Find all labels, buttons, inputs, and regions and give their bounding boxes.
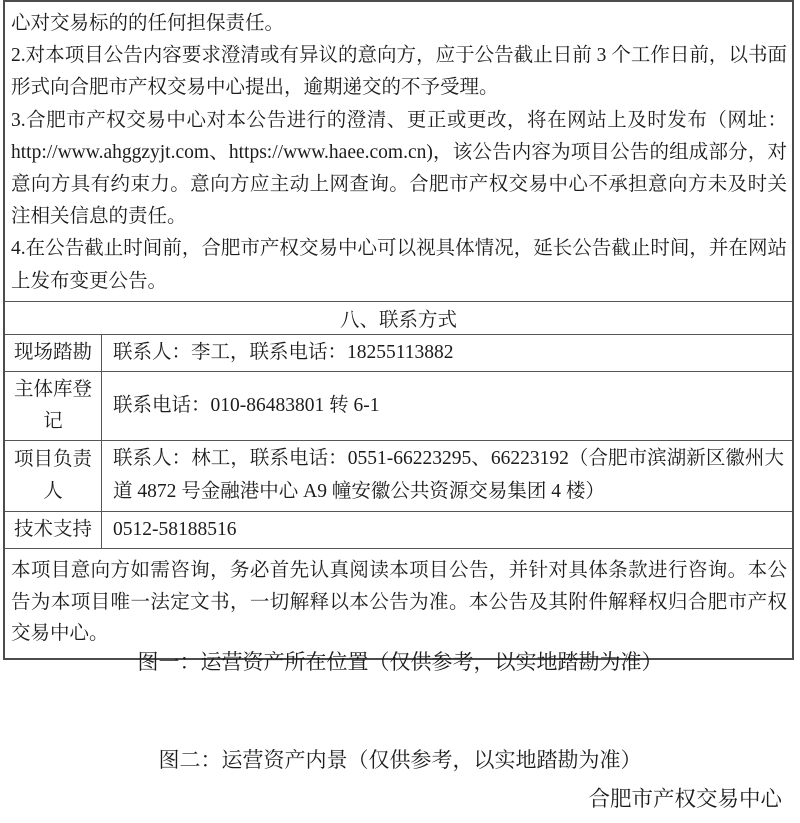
- contact-row-value: 联系电话：010-86483801 转 6-1: [102, 372, 792, 440]
- contact-row-site-survey: 现场踏勘 联系人：李工，联系电话：18255113882: [5, 334, 792, 372]
- notice-clause: 4.在公告截止时间前，合肥市产权交易中心可以视具体情况，延长公告截止时间，并在网…: [11, 233, 787, 297]
- figure-1-caption: 图一：运营资产所在位置（仅供参考，以实地踏勘为准）: [0, 647, 800, 677]
- notice-clauses-cell: 心对交易标的的任何担保责任。 2.对本项目公告内容要求澄清或有异议的意向方，应于…: [5, 2, 792, 301]
- notice-table: 心对交易标的的任何担保责任。 2.对本项目公告内容要求澄清或有异议的意向方，应于…: [3, 0, 794, 660]
- contact-section-header: 八、联系方式: [5, 301, 792, 334]
- contact-row-project-manager: 项目负责人 联系人：林工，联系电话：0551-66223295、66223192…: [5, 440, 792, 510]
- document-page: { "page": { "background": "#ffffff", "te…: [0, 0, 800, 823]
- notice-clause: 心对交易标的的任何担保责任。: [11, 8, 787, 40]
- issuer-signature: 合肥市产权交易中心: [588, 784, 782, 814]
- figure-2-caption: 图二：运营资产内景（仅供参考，以实地踏勘为准）: [0, 745, 800, 775]
- consultation-note: 本项目意向方如需咨询，务必首先认真阅读本项目公告，并针对具体条款进行咨询。本公告…: [5, 548, 792, 658]
- contact-section-title: 八、联系方式: [340, 304, 457, 332]
- notice-clause: 3.合肥市产权交易中心对本公告进行的澄清、更正或更改，将在网站上及时发布（网址：…: [11, 105, 787, 234]
- contact-row-label: 项目负责人: [5, 441, 102, 510]
- contact-row-label: 技术支持: [5, 512, 102, 549]
- contact-row-label: 主体库登记: [5, 372, 102, 440]
- contact-row-registry: 主体库登记 联系电话：010-86483801 转 6-1: [5, 371, 792, 440]
- notice-clause: 2.对本项目公告内容要求澄清或有异议的意向方，应于公告截止日前 3 个工作日前，…: [11, 40, 787, 104]
- contact-row-value: 联系人：林工，联系电话：0551-66223295、66223192（合肥市滨湖…: [102, 441, 792, 510]
- contact-row-value: 0512-58188516: [102, 512, 792, 549]
- contact-row-value: 联系人：李工，联系电话：18255113882: [102, 335, 792, 372]
- contact-row-tech-support: 技术支持 0512-58188516: [5, 511, 792, 549]
- contact-row-label: 现场踏勘: [5, 335, 102, 372]
